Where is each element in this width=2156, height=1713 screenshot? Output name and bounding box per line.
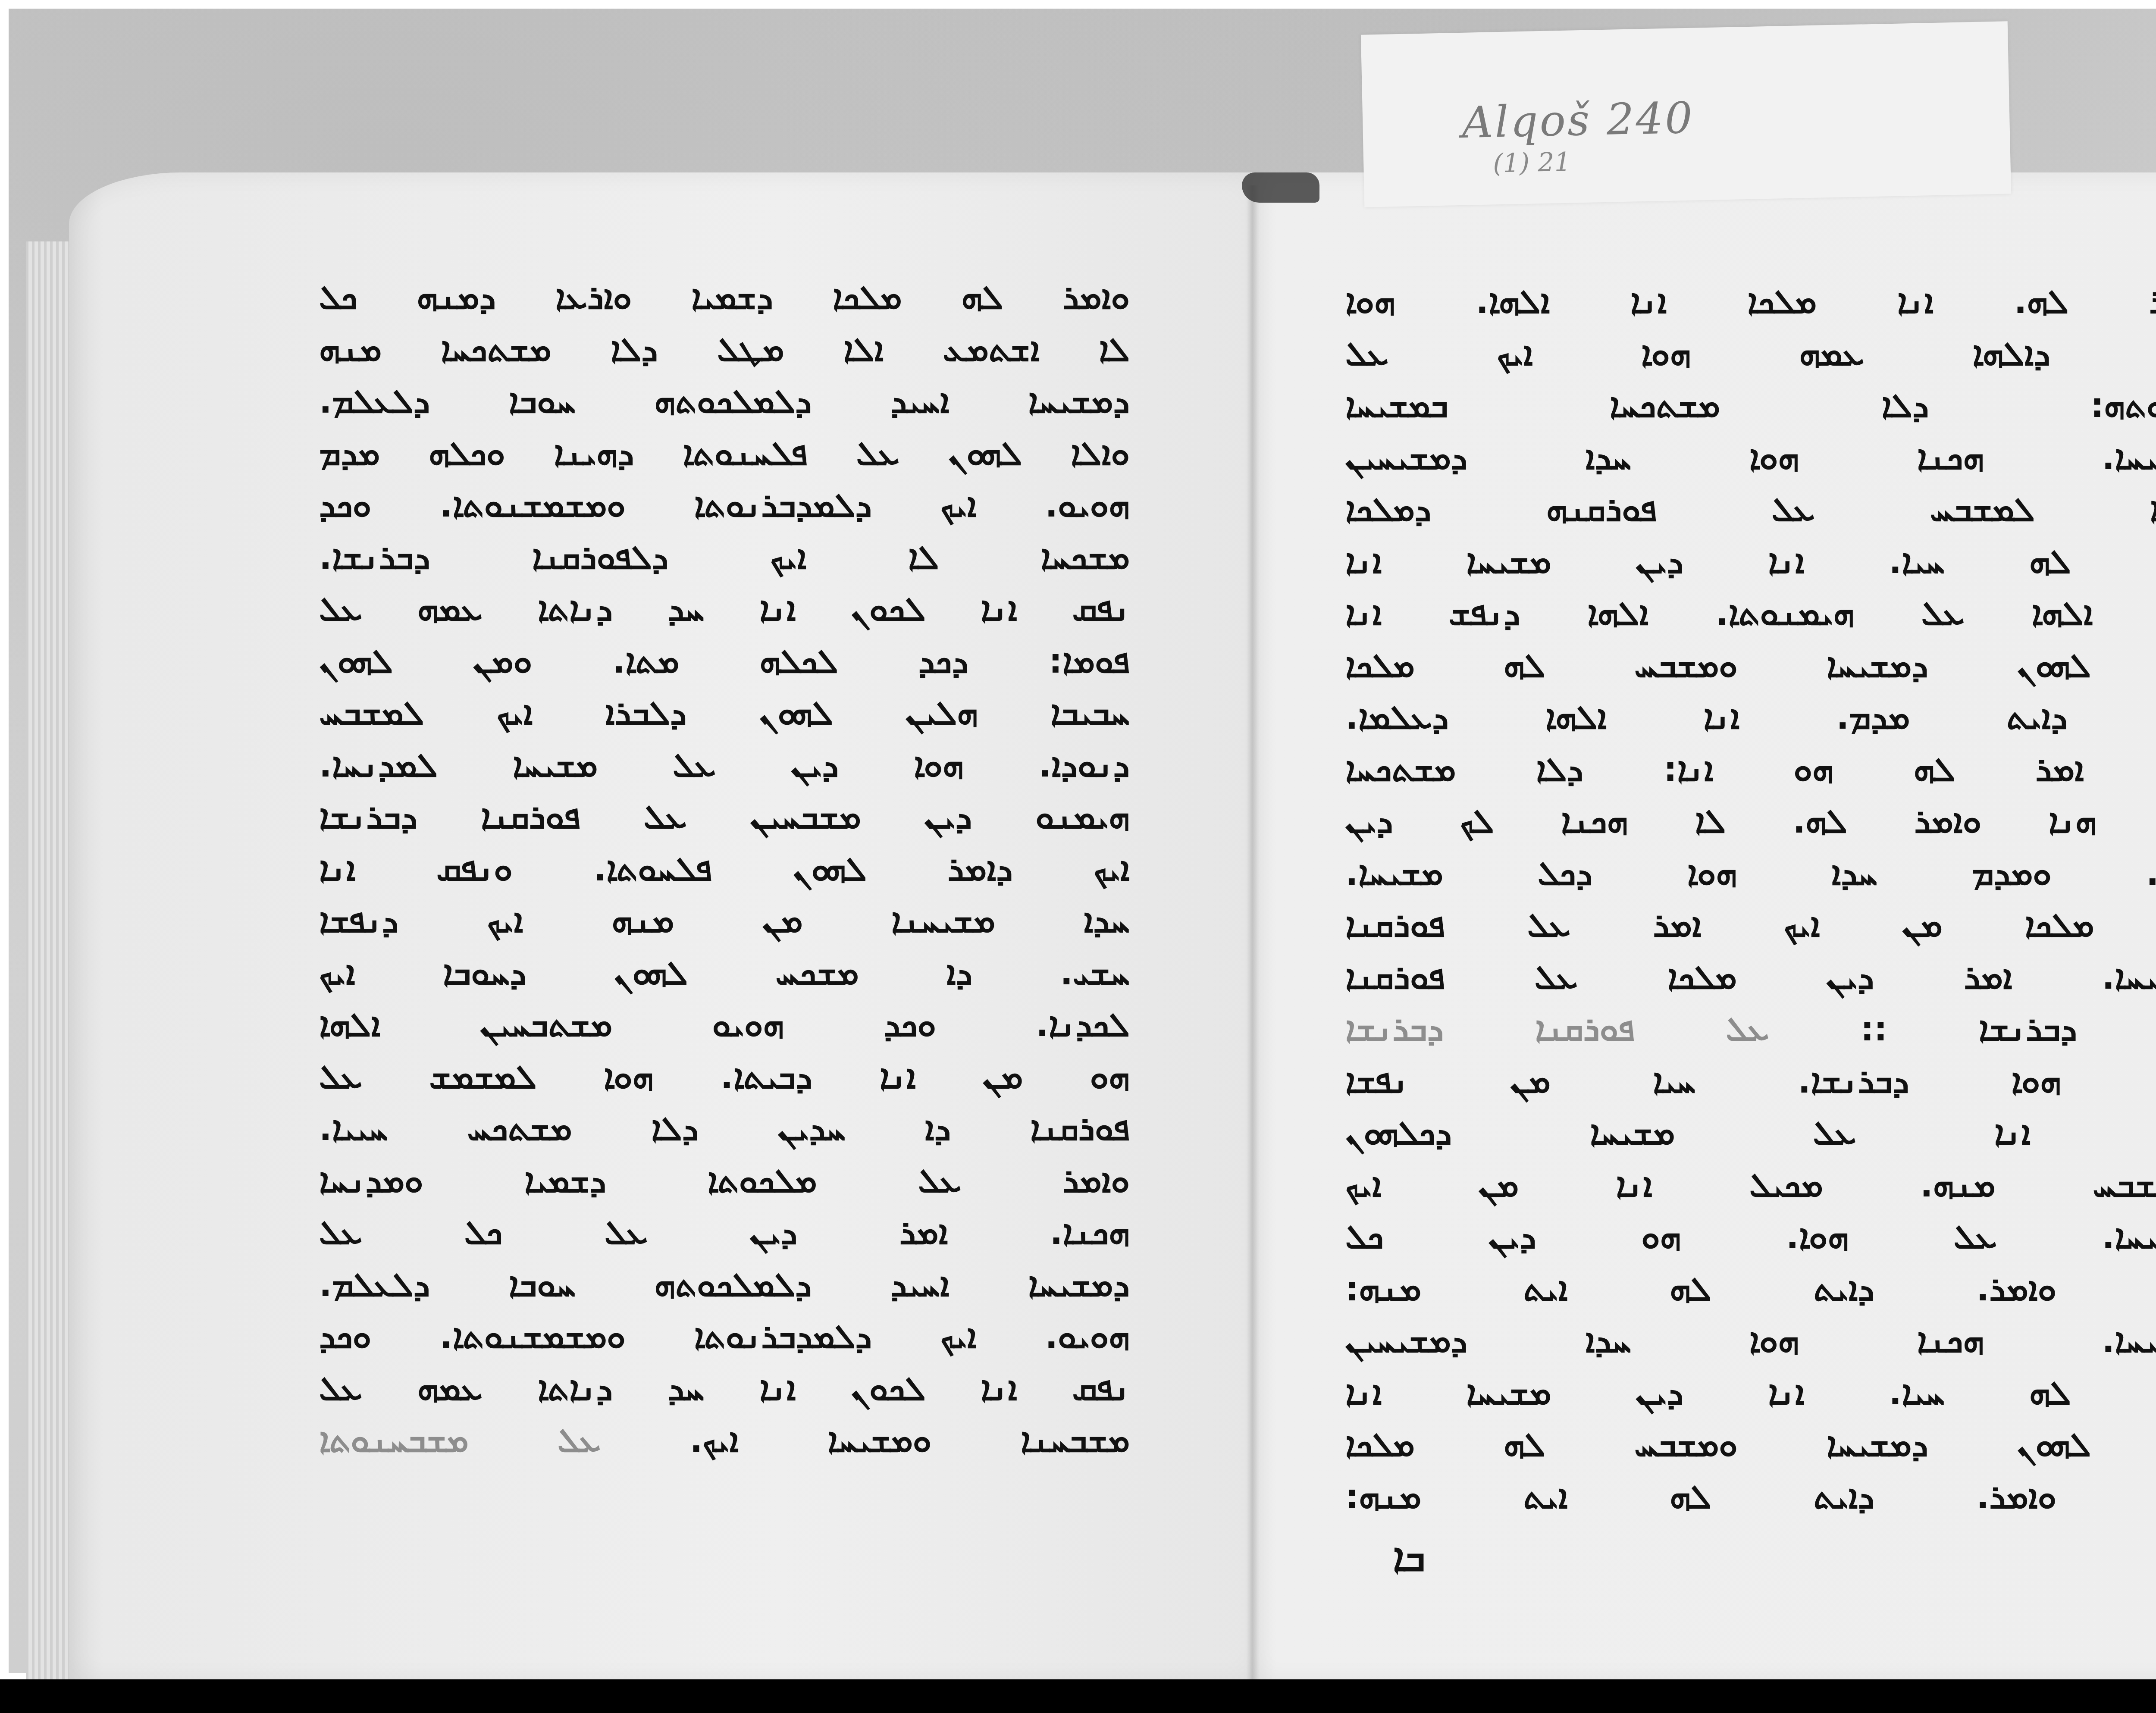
shelfmark-label: Alqoš 240 (1) 21 xyxy=(1361,21,2011,207)
catchword: ܒܐ xyxy=(1393,1535,1426,1581)
text-line: ܗܘܝܘ. ܐܝܟ ܕܠܡܕܒܪܢܘܬܐ ܘܡܫܡܫܢܘܬܐ. ܘܟܕ xyxy=(319,479,1130,532)
text-line-with-rubric: ܡܫܒܚܢܐ ܘܡܫܝܚܐ ܐܝܟ. ܥܠ ܡܫܒܚܢܘܬܐ xyxy=(319,1415,1130,1467)
text-line: ܠܟܕܢܐ. ܘܟܕ ܗܘܝܘ ܡܫܬܒܚܝܢ ܐܠܗܐ xyxy=(319,999,1130,1051)
text-line: ܚܒܝܒܐ ܗܠܝܢ ܠܗܘܢ ܕܠܒܪܐ ܐܝܟ ܠܡܫܒܚ xyxy=(319,687,1130,739)
text-line: ܗܟܢܐ. ܐܡܪ ܕܝܢ ܥܠ ܟܠ ܥܠ xyxy=(319,1207,1130,1259)
text-line: ܗܘ ܡܠܟܐ ܡܢ ܐܝܟ ܐܡܪ ܥܠ ܦܘܪܩܢܐ xyxy=(1345,899,2156,952)
text-line: ܚܕ ܠܗܘܢ ܕܡܫܝܚܐ ܘܡܫܒܚ ܠܗ ܡܠܟܐ xyxy=(1345,1419,2156,1471)
text-line: ܢܦܩ. ܘܡܕܡ ܚܕܐ ܗܘܐ ܕܟܠ ܡܫܝܚܐ. xyxy=(1345,848,2156,900)
text-line: ܠܐ ܐܫܬܡܥ ܐܠܐ ܡܛܠ ܕܠܐ ܡܫܬܟܚܐ ܡܢܗ xyxy=(319,324,1130,376)
text-line: ܘܠܡܫܒܚ ܡܢܗ. ܡܟܝܠ ܐܢܐ ܡܢ ܐܝܟ xyxy=(1345,1159,2156,1212)
text-line: ܕܢܘܕܐ. ܗܘܐ ܕܝܢ ܥܠ ܡܫܝܚܐ ܠܡܕܢܚܐ. xyxy=(319,739,1130,792)
text-line-with-rubric: ܗܢܐ ܕܒܪܢܫܐ :: ܥܠ ܦܘܪܩܢܐ ܕܒܪܢܫܐ xyxy=(1345,1003,2156,1055)
text-line: ܕܝܢ ܐܢܐ ܥܠ ܡܫܝܚܐ ܕܟܠܗܘܢ xyxy=(1345,1107,2156,1159)
text-line: ܟܠܗ ܕܐܠܗܐ ܥܡܗ ܗܘܐ ܐܝܟ ܥܠ xyxy=(1345,328,2156,380)
text-line: ܕܡܫܝܚܐ ܐܚܝܕ ܕܠܡܠܟܘܬܗ ܚܘܒܐ ܕܠܥܠܡ. xyxy=(319,376,1130,428)
text-line: ܢܦܩ ܐܢܐ ܠܟܘܢ ܐܢܐ ܚܕ ܕܢܐܬܐ ܥܡܗ ܥܠ xyxy=(319,583,1130,636)
left-page-text: ܘܐܡܪ ܠܗ ܡܠܟܐ ܕܫܡܝܐ ܘܐܪܥܐ ܕܡܢܗ ܟܠ ܠܐ ܐܫܬܡ… xyxy=(319,272,1130,1467)
film-border-bottom xyxy=(0,1679,2156,1713)
text-line: ܕܐܢܐ ܗܘܐ ܕܒܪܢܫܐ. ܚܝܐ ܡܢ ܢܦܫܐ xyxy=(1345,1055,2156,1108)
text-line: ܚܫܝ. ܕܐ ܡܫܟܚ ܠܗܘܢ ܕܚܘܒܐ ܐܝܟ xyxy=(319,947,1130,999)
rubric-segment: ܥܠ ܦܘܪܩܢܐ ܕܒܪܢܫܐ xyxy=(1345,1010,1769,1049)
text-line: ܘܐܡܪ ܠܗ ܡܠܟܐ ܕܫܡܝܐ ܘܐܪܥܐ ܕܡܢܗ ܟܠ xyxy=(319,272,1130,324)
right-page-text: ܘܐܡܪ ܠܗ. ܐܢܐ ܡܠܟܐ ܐܢܐ ܐܠܗܐ. ܗܘܐ ܟܠܗ ܕܐܠܗ… xyxy=(1345,276,2156,1523)
text-line: ܗܘ ܡܢ ܐܢܐ ܕܒܝܬܐ. ܗܘܐ ܠܡܫܡܫ ܥܠ xyxy=(319,1051,1130,1103)
text-line: ܚܕܐ ܡܫܝܚܢܐ ܡܢ ܡܢܗ ܐܝܟ ܕܢܦܫܐ xyxy=(319,895,1130,947)
text-line: ܘܐܡܪ ܠܗ. ܐܢܐ ܡܠܟܐ ܐܢܐ ܐܠܗܐ. ܗܘܐ xyxy=(1345,276,2156,328)
text-line: ܕܡܫܝܚܐ. ܥܠ ܗܘܐ. ܗܘ ܕܝܢ ܟܠ xyxy=(1345,1211,2156,1263)
text-line: ܚܕ ܠܗܘܢ ܕܡܫܝܚܐ ܘܡܫܒܚ ܠܗ ܡܠܟܐ xyxy=(1345,640,2156,692)
text-line: ܘܟܕ ܐܡܪ ܠܗ ܗܘ ܐܢܐ: ܕܠܐ ܡܫܬܟܚܐ xyxy=(1345,744,2156,796)
text-line: ܕܗܘܐ ܠܡܫܒܚ ܥܠ ܦܘܪܩܢܗ ܕܡܠܟܐ xyxy=(1345,484,2156,536)
text-line: ܗܝܡܢܘ ܕܝܢ ܡܫܒܚܝܢ ܥܠ ܦܘܪܩܢܐ ܕܒܪܢܫܐ xyxy=(319,791,1130,843)
text-line: ܕܡܫܝܚܐ. ܐܡܪ ܕܝܢ ܡܠܟܐ ܥܠ ܦܘܪܩܢܐ xyxy=(1345,952,2156,1004)
text-line: ܐܠܗܘܬܗ: ܕܠܐ ܡܫܬܟܚܐ ܒܡܫܝܚܐ xyxy=(1345,380,2156,432)
text-line: ܕܐܝܬ ܠܗ ܚܝܐ. ܐܢܐ ܕܝܢ ܡܫܝܚܐ ܐܢܐ xyxy=(1345,1367,2156,1419)
text-line: ܦܘܪܩܢܐ ܕܐ ܚܕܝܢ ܕܠܐ ܡܫܬܟܚ ܚܝܝܐ. xyxy=(319,1103,1130,1155)
text-line: ܕܐܝܬ ܠܗ ܚܝܐ. ܐܢܐ ܕܝܢ ܡܫܝܚܐ ܐܢܐ xyxy=(1345,536,2156,588)
text-line: ܕܗܘ ܐܠܗܐ ܥܠ ܗܝܡܢܘܬܐ. ܐܠܗܐ ܕܢܦܫ ܐܢܐ xyxy=(1345,588,2156,640)
text-line: ܟܠܗ ܘܐܡܪ. ܕܐܝܬ ܠܗ ܐܝܬ ܡܢܗ: xyxy=(1345,1263,2156,1315)
text-segment: ܗܢܐ ܕܒܪܢܫܐ :: xyxy=(1861,1010,2156,1049)
shelfmark-text: Alqoš 240 xyxy=(1461,93,1695,148)
text-line: ܦܘܡܐ: ܕܟܕ ܠܟܠܗ ܡܬܐ. ܘܡܢ ܠܗܘܢ xyxy=(319,636,1130,688)
text-line: ܘܐܡܪ ܥܠ ܡܠܟܘܬܐ ܕܫܡܝܐ ܘܡܕܢܚܐ xyxy=(319,1155,1130,1207)
text-line: ܘܟܕ ܕܐܝܬ ܡܕܡ. ܐܢܐ ܐܠܗܐ ܕܥܠܡܐ. xyxy=(1345,692,2156,744)
shelfmark-subtext: (1) 21 xyxy=(1493,147,1571,179)
text-segment: ܡܫܒܚܢܐ ܘܡܫܝܚܐ ܐܝܟ. xyxy=(690,1421,1130,1460)
text-line: ܢܦܩ ܐܢܐ ܠܟܘܢ ܐܢܐ ܚܕ ܕܢܐܬܐ ܥܡܗ ܥܠ xyxy=(319,1363,1130,1415)
text-line: ܕܡܫܝܚܐ ܐܚܝܕ ܕܠܡܠܟܘܬܗ ܚܘܒܐ ܕܠܥܠܡ. xyxy=(319,1259,1130,1311)
text-line: ܕܡܫܝܚܐ. ܗܟܢܐ ܗܘܐ ܚܕܐ ܕܡܫܝܚܝܢ xyxy=(1345,1315,2156,1367)
text-line: ܡܫܟܚܐ ܠܐ ܐܝܟ ܕܠܦܘܪܩܢܐ ܕܒܪܢܫܐ. xyxy=(319,532,1130,584)
text-line: ܗܘܝܘ. ܐܝܟ ܕܠܡܕܒܪܢܘܬܐ ܘܡܫܡܫܢܘܬܐ. ܘܟܕ xyxy=(319,1311,1130,1363)
headband xyxy=(1242,172,1319,203)
text-line: ܕܡܫܝܚܐ. ܗܟܢܐ ܗܘܐ ܚܕܐ ܕܡܫܝܚܝܢ xyxy=(1345,432,2156,484)
rubric-segment: ܥܠ ܡܫܒܚܢܘܬܐ xyxy=(319,1421,601,1460)
film-border-top xyxy=(0,0,2156,9)
gutter xyxy=(1246,185,1259,1682)
text-line: ܟܠܗ ܘܐܡܪ. ܕܐܝܬ ܠܗ ܐܝܬ ܡܢܗ: xyxy=(1345,1471,2156,1523)
text-line: ܐܝܟ ܕܐܡܪ ܠܗܘܢ ܦܠܚܘܬܐ. ܘܢܦܩ ܐܢܐ xyxy=(319,843,1130,896)
text-line: ܘܐܠܐ ܠܗܘܢ ܥܠ ܦܠܚܢܘܬܐ ܕܗܝܢܐ ܘܟܠܗ ܡܕܡ xyxy=(319,428,1130,480)
text-line: ܐܠܐ. ܗܢܐ ܘܐܡܪ ܠܗ. ܠܐ ܗܟܢܐ ܠܟ ܕܝܢ xyxy=(1345,795,2156,848)
